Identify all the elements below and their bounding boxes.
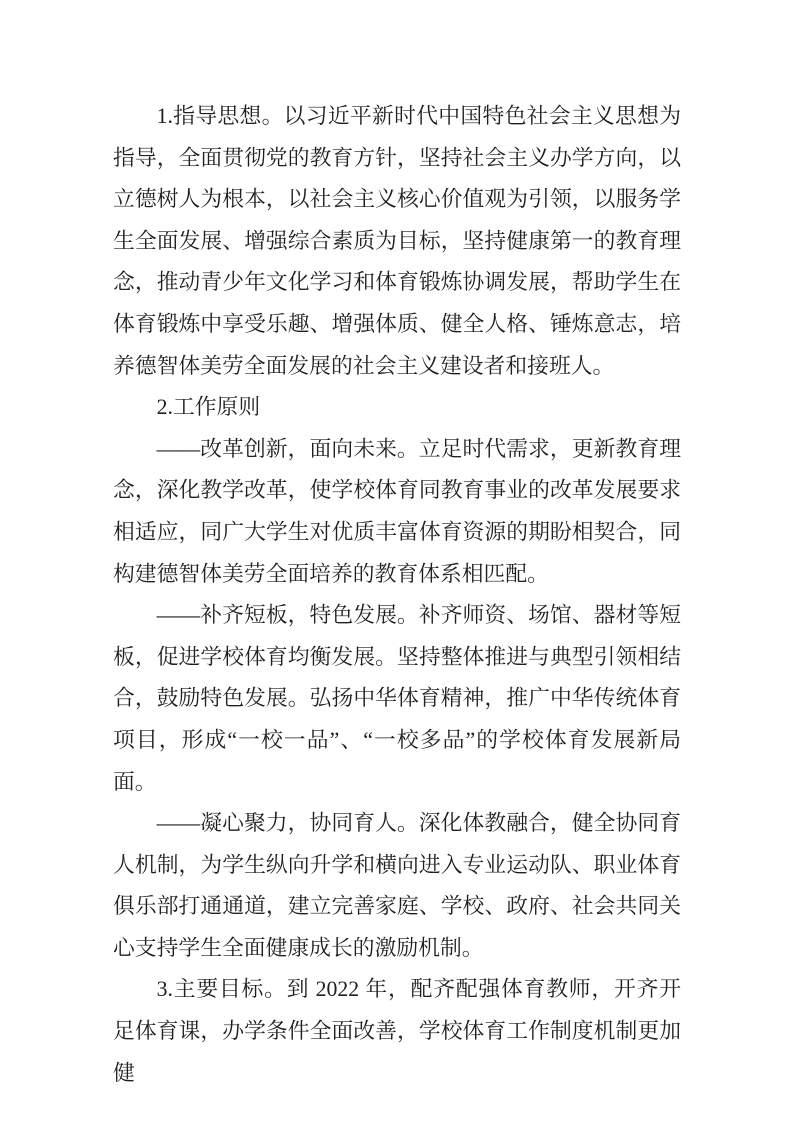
- paragraph-principle-fill-shortboard: ——补齐短板，特色发展。补齐师资、场馆、器材等短板，促进学校体育均衡发展。坚持整…: [113, 595, 681, 803]
- paragraph-guiding-ideology: 1.指导思想。以习近平新时代中国特色社会主义思想为指导，全面贯彻党的教育方针，坚…: [113, 96, 681, 387]
- document-text-block: 1.指导思想。以习近平新时代中国特色社会主义思想为指导，全面贯彻党的教育方针，坚…: [113, 96, 681, 1094]
- document-page: 1.指导思想。以习近平新时代中国特色社会主义思想为指导，全面贯彻党的教育方针，坚…: [0, 0, 793, 1122]
- paragraph-principle-reform-innovation: ——改革创新，面向未来。立足时代需求，更新教育理念，深化教学改革，使学校体育同教…: [113, 429, 681, 595]
- paragraph-main-goals: 3.主要目标。到 2022 年，配齐配强体育教师，开齐开足体育课，办学条件全面改…: [113, 969, 681, 1094]
- paragraph-principle-cohesion: ——凝心聚力，协同育人。深化体教融合，健全协同育人机制，为学生纵向升学和横向进入…: [113, 803, 681, 969]
- paragraph-work-principles-heading: 2.工作原则: [113, 387, 681, 429]
